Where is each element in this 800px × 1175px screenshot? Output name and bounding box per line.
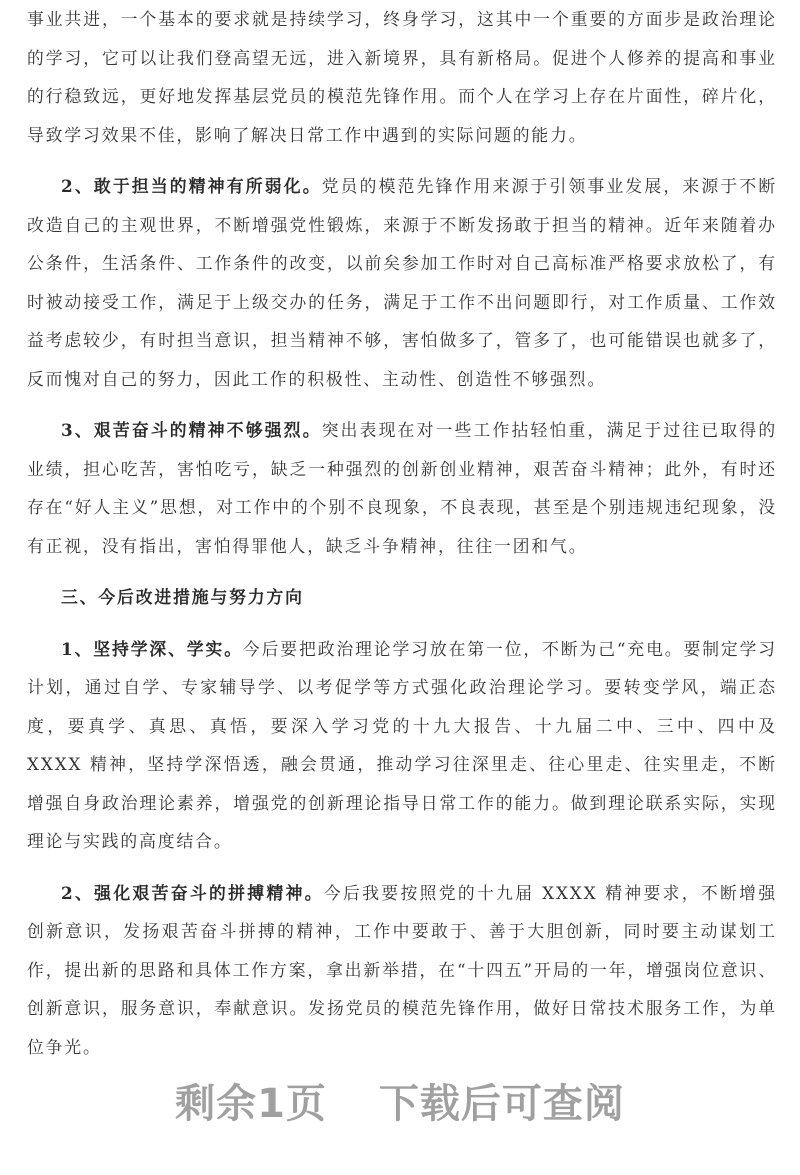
measure-lead: 1、坚持学深、学实。: [61, 639, 243, 659]
measure-text: 今后我要按照党的十九届 XXXX 精神要求，不断增强创新意识，发扬艰苦奋斗拼搏的…: [27, 883, 777, 1057]
paragraph-lead: 3、艰苦奋斗的精神不够强烈。: [61, 420, 322, 440]
paragraph-text: 党员的模范先锋作用来源于引领事业发展，来源于不断改造自己的主观世界，不断增强党性…: [27, 176, 777, 389]
measure-lead: 2、强化艰苦奋斗的拼搏精神。: [61, 883, 324, 903]
section-heading: 三、今后改进措施与努力方向: [27, 578, 777, 617]
paragraph-text: 突出表现在对一些工作拈轻怕重，满足于过往已取得的业绩，担心吃苦，害怕吃亏，缺乏一…: [27, 420, 777, 556]
paragraph-text: 事业共进，一个基本的要求就是持续学习，终身学习，这其中一个重要的方面步是政治理论…: [27, 9, 777, 145]
paragraph-hard-work: 3、艰苦奋斗的精神不够强烈。突出表现在对一些工作拈轻怕重，满足于过往已取得的业绩…: [27, 411, 777, 565]
paragraph-courage: 2、敢于担当的精神有所弱化。党员的模范先锋作用来源于引领事业发展，来源于不断改造…: [27, 167, 777, 398]
download-banner[interactable]: 剩余1页下载后可查阅: [0, 1072, 800, 1129]
document-page: 事业共进，一个基本的要求就是持续学习，终身学习，这其中一个重要的方面步是政治理论…: [27, 0, 777, 1066]
measure-study: 1、坚持学深、学实。今后要把政治理论学习放在第一位，不断为己“充电。要制定学习计…: [27, 630, 777, 861]
remaining-pages-text: 剩余1页: [175, 1072, 327, 1129]
paragraph-lead: 2、敢于担当的精神有所弱化。: [61, 176, 322, 196]
measure-text: 今后要把政治理论学习放在第一位，不断为己“充电。要制定学习计划，通过自学、专家辅…: [27, 639, 777, 852]
paragraph-continued: 事业共进，一个基本的要求就是持续学习，终身学习，这其中一个重要的方面步是政治理论…: [27, 0, 777, 154]
measure-striving: 2、强化艰苦奋斗的拼搏精神。今后我要按照党的十九届 XXXX 精神要求，不断增强…: [27, 874, 777, 1067]
download-to-view-text[interactable]: 下载后可查阅: [379, 1072, 625, 1129]
